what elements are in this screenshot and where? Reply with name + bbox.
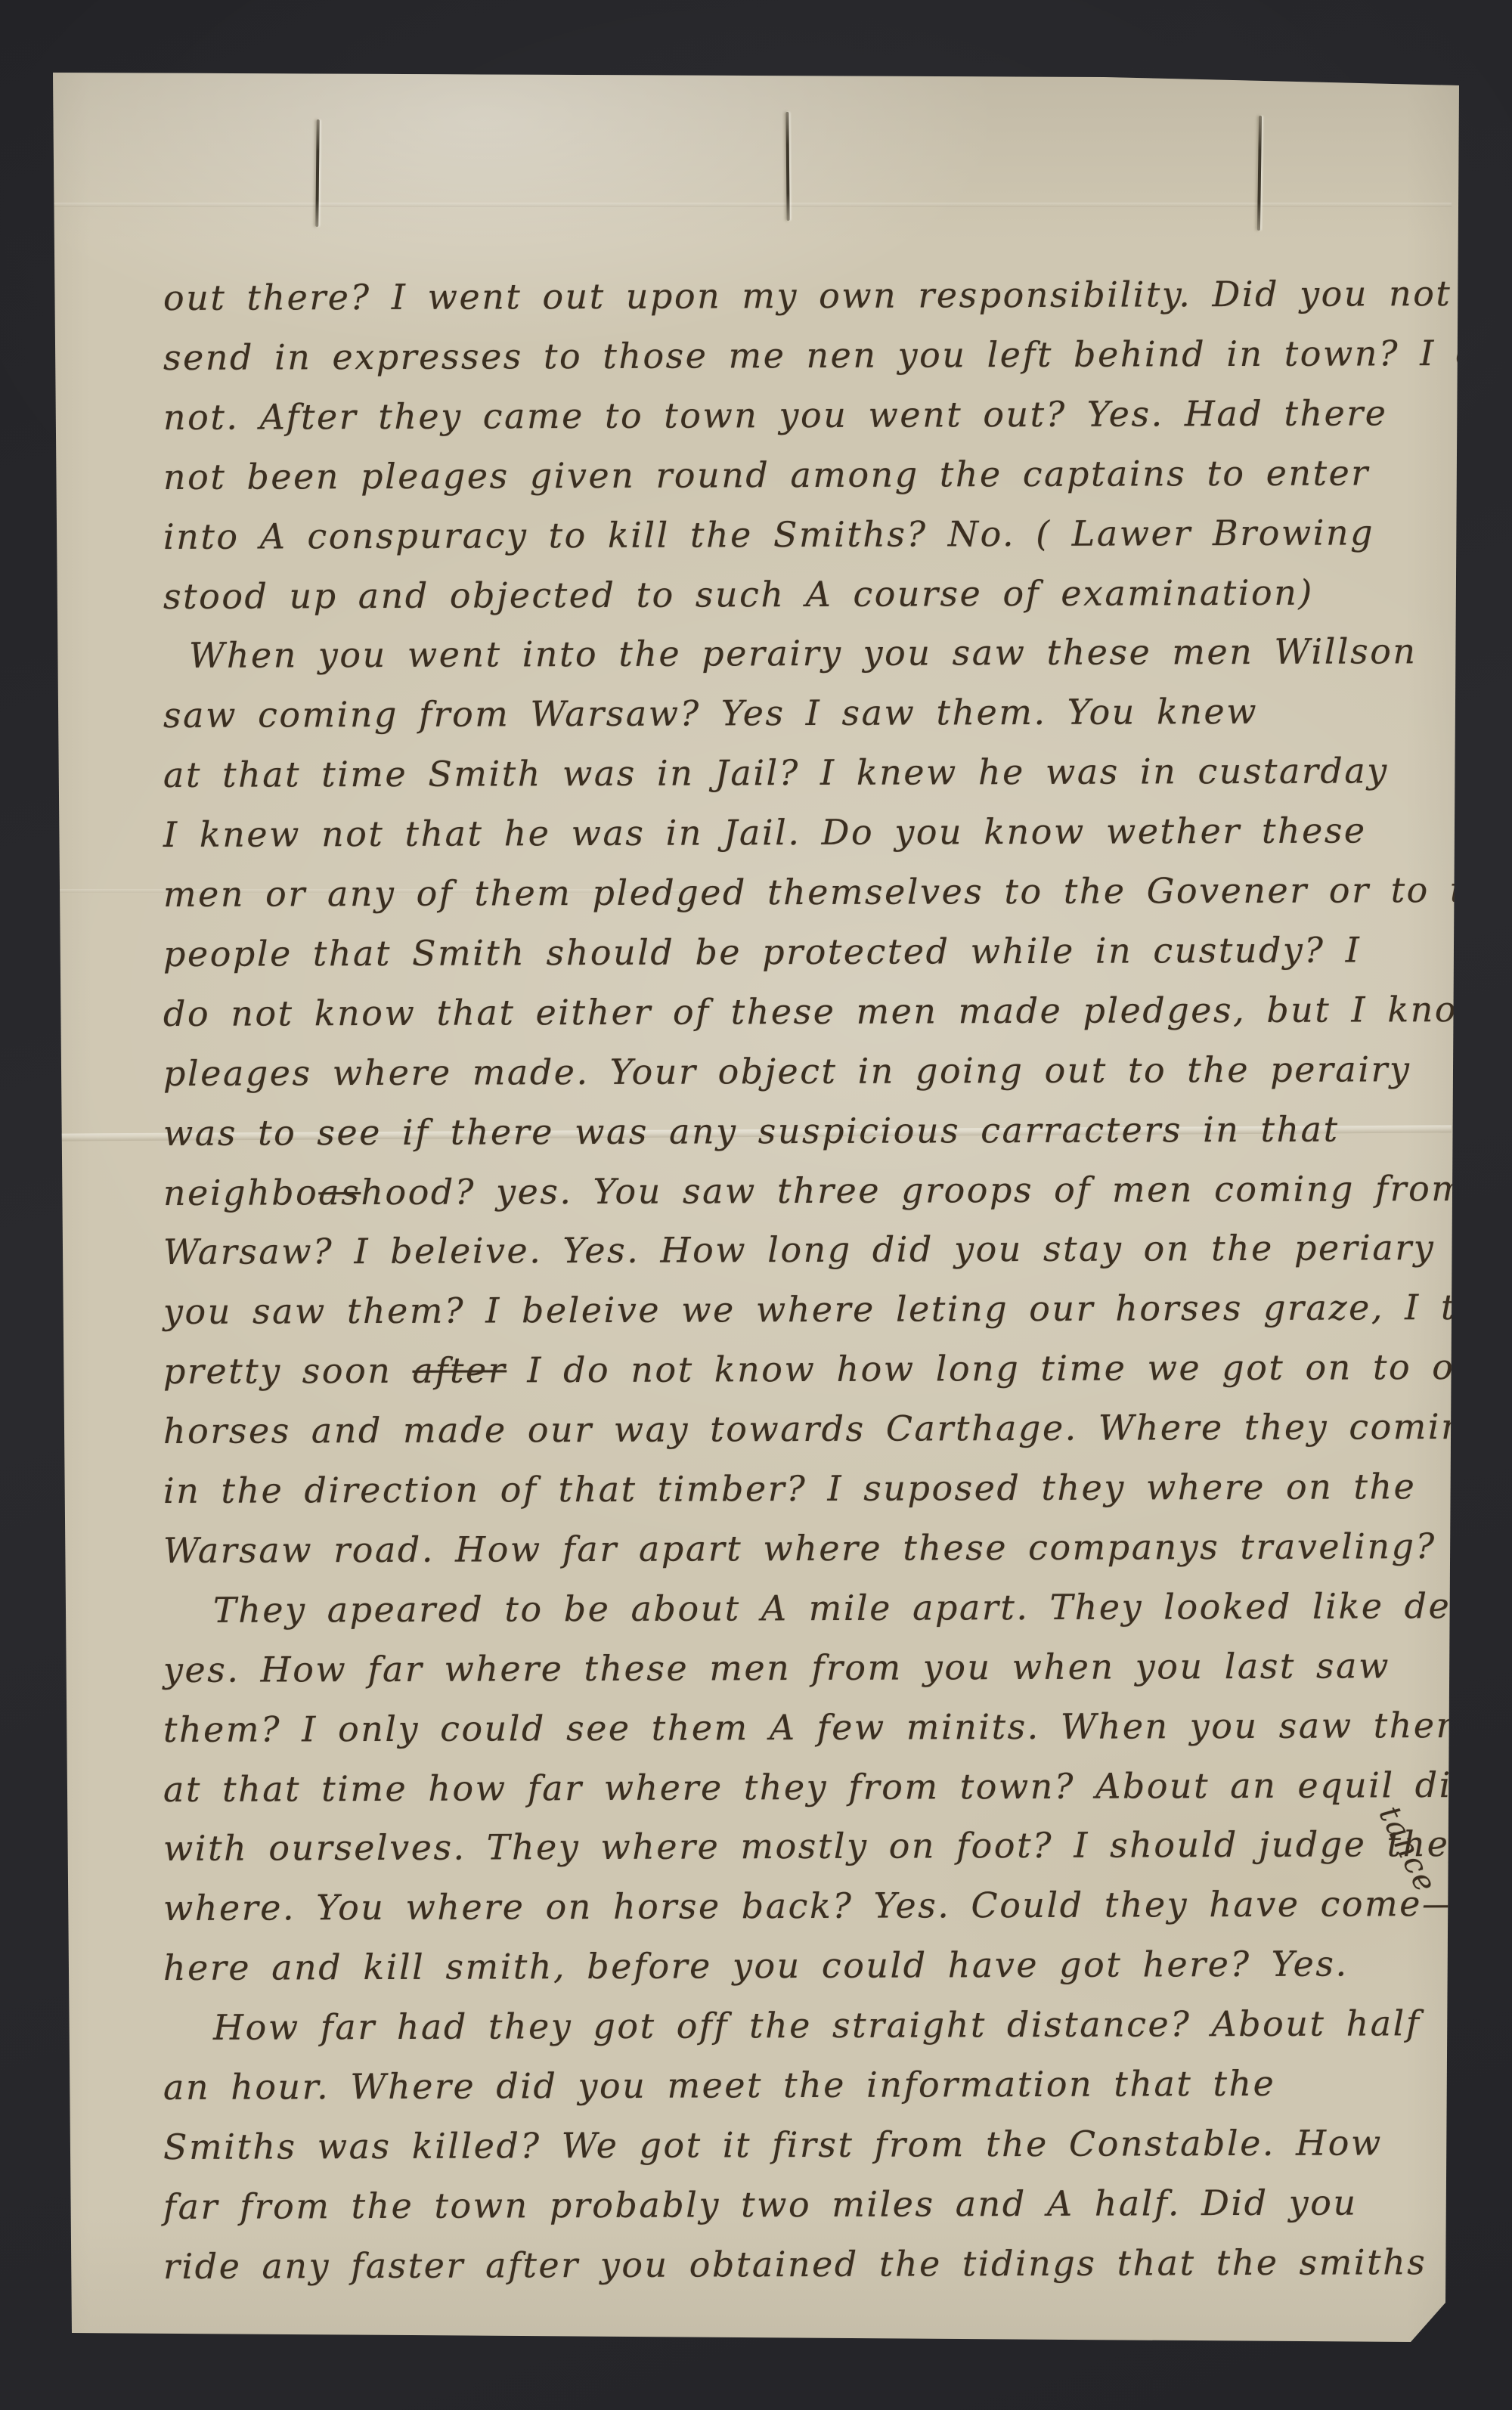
manuscript-line: do not know that either of these men mad… bbox=[163, 992, 1448, 1031]
manuscript-line: ride any faster after you obtained the t… bbox=[163, 2244, 1448, 2284]
manuscript-line: here and kill smith, before you could ha… bbox=[163, 1946, 1448, 1985]
manuscript-line: an hour. Where did you meet the informat… bbox=[163, 2065, 1448, 2105]
manuscript-line: men or any of them pledged themselves to… bbox=[163, 872, 1448, 912]
text-layer: out there? I went out upon my own respon… bbox=[0, 0, 1512, 2410]
manuscript-line: with ourselves. They where mostly on foo… bbox=[163, 1826, 1448, 1866]
manuscript-line: people that Smith should be protected wh… bbox=[163, 932, 1448, 971]
manuscript-line: not. After they came to town you went ou… bbox=[163, 395, 1448, 435]
manuscript-line: where. You where on horse back? Yes. Cou… bbox=[163, 1886, 1448, 1925]
manuscript-line: far from the town probably two miles and… bbox=[163, 2185, 1448, 2224]
manuscript-line: at that time how far where they from tow… bbox=[163, 1767, 1448, 1807]
manuscript-line: Warsaw? I beleive. Yes. How long did you… bbox=[163, 1230, 1448, 1269]
manuscript-line: pretty soon after I do not know how long… bbox=[163, 1349, 1448, 1389]
manuscript-line: at that time Smith was in Jail? I knew h… bbox=[163, 753, 1448, 792]
manuscript-line: neighboashood? yes. You saw three groops… bbox=[163, 1171, 1448, 1210]
manuscript-line: out there? I went out upon my own respon… bbox=[163, 276, 1448, 315]
manuscript-line: Warsaw road. How far apart where these c… bbox=[163, 1529, 1448, 1568]
manuscript-line: send in expresses to those me nen you le… bbox=[163, 336, 1448, 375]
manuscript-line: pleages where made. Your object in going… bbox=[163, 1052, 1448, 1091]
manuscript-line: them? I only could see them A few minits… bbox=[163, 1708, 1448, 1747]
manuscript-line: saw coming from Warsaw? Yes I saw them. … bbox=[163, 693, 1448, 733]
scanned-page: { "document": { "kind": "handwritten-man… bbox=[0, 0, 1512, 2410]
manuscript-line: you saw them? I beleive we where leting … bbox=[163, 1290, 1448, 1329]
manuscript-line: into A conspuracy to kill the Smiths? No… bbox=[163, 515, 1448, 554]
manuscript-line: in the direction of that timber? I supos… bbox=[163, 1469, 1448, 1508]
manuscript-line: stood up and objected to such A course o… bbox=[163, 575, 1448, 614]
manuscript-line: yes. How far where these men from you wh… bbox=[163, 1648, 1448, 1687]
manuscript-line: How far had they got off the straight di… bbox=[163, 2006, 1498, 2045]
manuscript-paper: out there? I went out upon my own respon… bbox=[0, 0, 1512, 2410]
manuscript-line: not been pleages given round among the c… bbox=[163, 455, 1448, 494]
manuscript-line: I knew not that he was in Jail. Do you k… bbox=[163, 813, 1448, 852]
manuscript-line: When you went into the perairy you saw t… bbox=[163, 633, 1474, 673]
manuscript-line: They apeared to be about A mile apart. T… bbox=[163, 1588, 1498, 1628]
manuscript-line: Smiths was killed? We got it first from … bbox=[163, 2125, 1448, 2164]
manuscript-line: horses and made our way towards Carthage… bbox=[163, 1409, 1448, 1448]
manuscript-line: was to see if there was any suspicious c… bbox=[163, 1111, 1448, 1151]
